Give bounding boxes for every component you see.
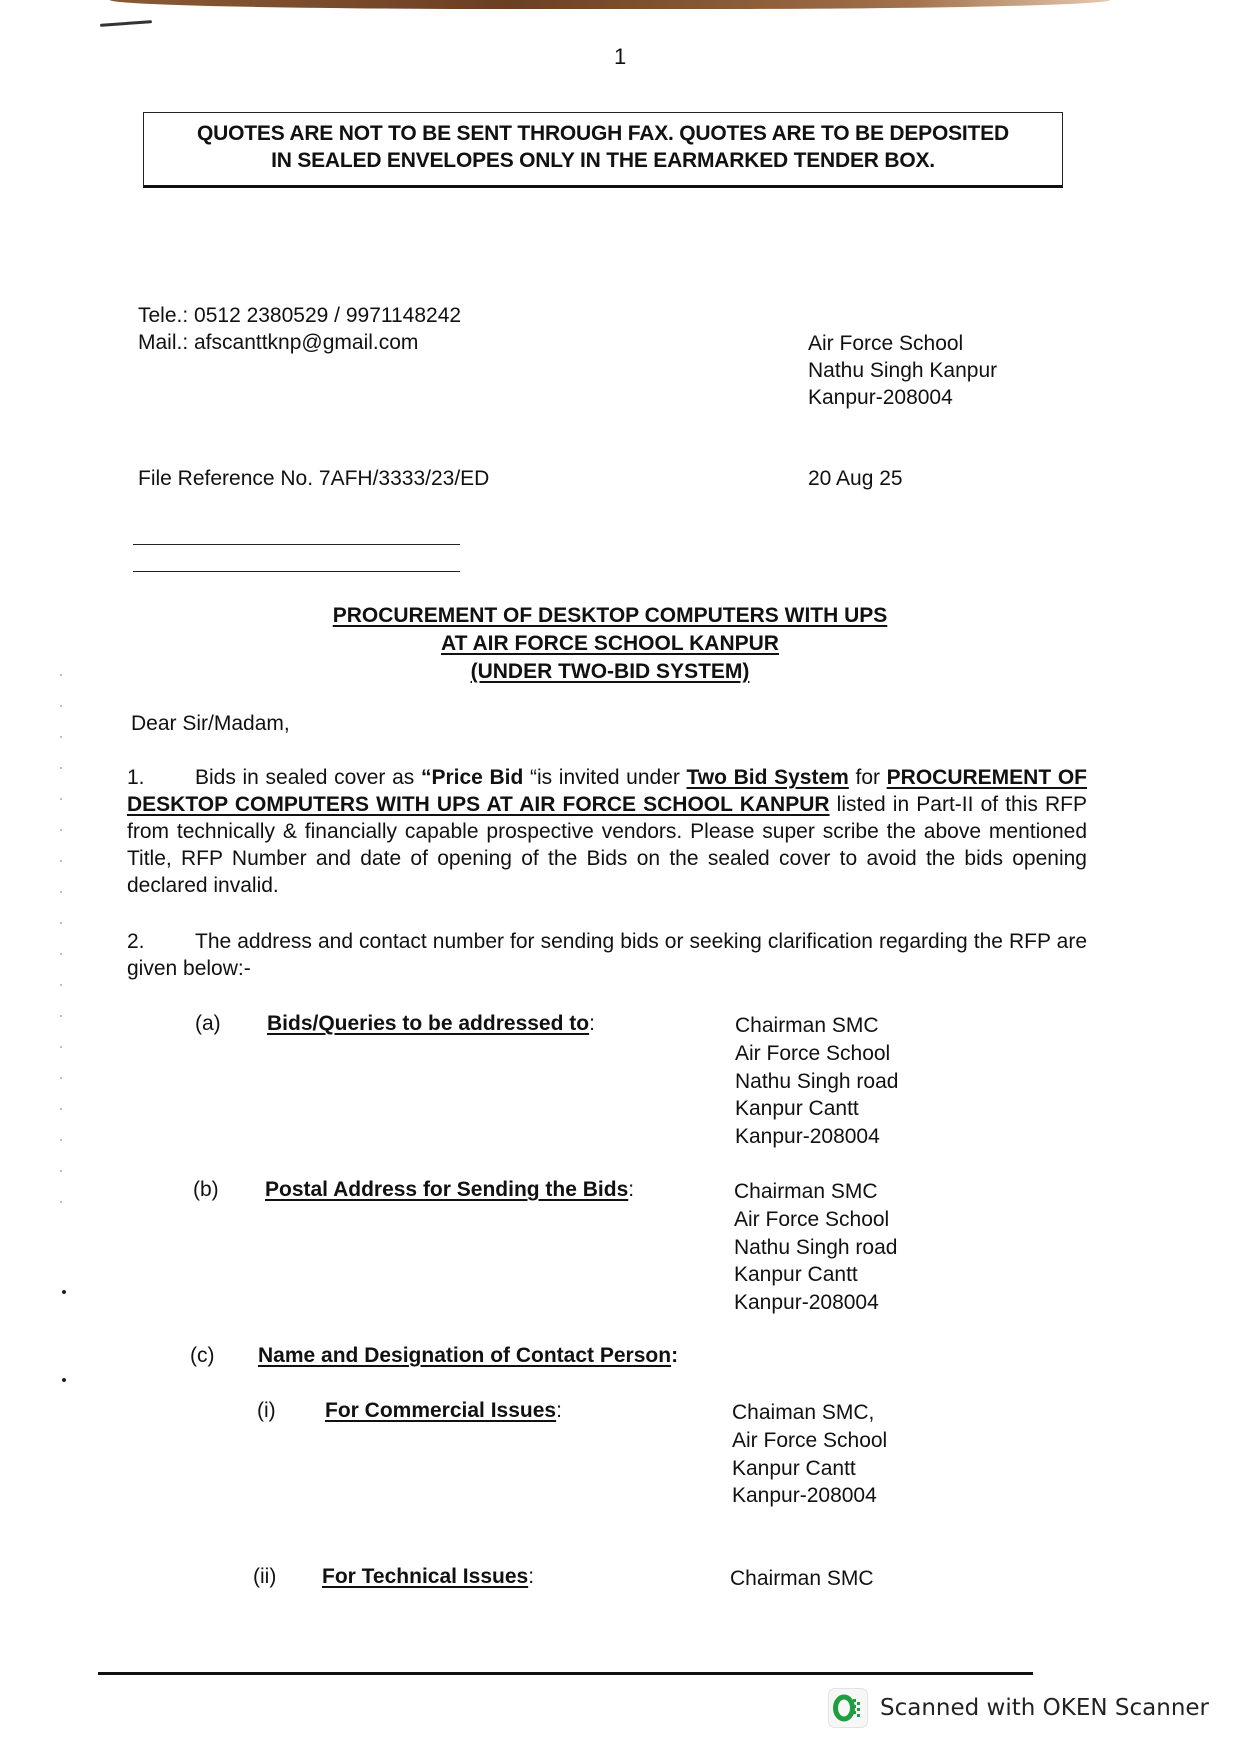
address-line: Air Force School [732, 1427, 887, 1455]
page-number: 1 [614, 44, 626, 70]
telephone: Tele.: 0512 2380529 / 9971148242 [138, 304, 461, 328]
title-line-1: PROCUREMENT OF DESKTOP COMPUTERS WITH UP… [333, 604, 888, 627]
address-commercial: Chaiman SMC, Air Force School Kanpur Can… [732, 1399, 887, 1510]
notice-line-2: IN SEALED ENVELOPES ONLY IN THE EARMARKE… [144, 147, 1062, 174]
scan-margin-specks [60, 660, 62, 1220]
item-marker: (a) [195, 1012, 221, 1036]
title-line-2: AT AIR FORCE SCHOOL KANPUR [441, 632, 779, 655]
scan-speck [62, 1290, 66, 1294]
address-line: Nathu Singh road [734, 1234, 897, 1262]
oken-scanner-logo-icon [828, 1688, 868, 1728]
para1-text: Bids in sealed cover as [195, 766, 421, 789]
subitem-label-commercial: For Commercial Issues: [325, 1399, 562, 1423]
scanner-watermark: Scanned with OKEN Scanner [828, 1688, 1209, 1728]
email: Mail.: afscanttknp@gmail.com [138, 331, 418, 355]
address-line: Nathu Singh road [735, 1068, 898, 1096]
address-technical: Chairman SMC [730, 1565, 874, 1593]
two-bid-system-text: Two Bid System [687, 766, 849, 789]
item-label-postal-address: Postal Address for Sending the Bids: [265, 1178, 634, 1202]
address-line: Air Force School [734, 1206, 897, 1234]
address-line: Chairman SMC [735, 1012, 898, 1040]
item-label-contact-person: Name and Designation of Contact Person: [258, 1344, 678, 1368]
address-line: Chairman SMC [734, 1178, 897, 1206]
address-postal: Chairman SMC Air Force School Nathu Sing… [734, 1178, 897, 1317]
address-line: Kanpur-208004 [735, 1123, 898, 1151]
sender-address: Air Force School Nathu Singh Kanpur Kanp… [808, 330, 997, 411]
price-bid-text: “Price Bid [421, 766, 530, 789]
notice-box: QUOTES ARE NOT TO BE SENT THROUGH FAX. Q… [143, 112, 1063, 188]
address-line: Kanpur Cantt [734, 1261, 897, 1289]
salutation: Dear Sir/Madam, [131, 712, 290, 736]
subitem-marker: (i) [257, 1399, 276, 1423]
sender-address-line: Kanpur-208004 [808, 384, 997, 411]
letter-date: 20 Aug 25 [808, 467, 903, 491]
address-line: Chairman SMC [730, 1565, 874, 1593]
para1-text: “is invited under [530, 766, 687, 789]
scanner-watermark-text: Scanned with OKEN Scanner [880, 1695, 1209, 1721]
item-marker: (c) [190, 1344, 215, 1368]
address-line: Kanpur-208004 [732, 1482, 887, 1510]
page-bottom-edge [98, 1672, 1033, 1675]
para2-text: The address and contact number for sendi… [127, 930, 1087, 980]
sender-address-line: Air Force School [808, 330, 997, 357]
paragraph-number: 1. [127, 764, 195, 791]
address-line: Kanpur-208004 [734, 1289, 897, 1317]
notice-line-1: QUOTES ARE NOT TO BE SENT THROUGH FAX. Q… [144, 120, 1062, 147]
file-reference: File Reference No. 7AFH/3333/23/ED [138, 467, 489, 491]
item-label-bids-queries: Bids/Queries to be addressed to: [267, 1012, 595, 1036]
address-line: Chaiman SMC, [732, 1399, 887, 1427]
paragraph-1: 1.Bids in sealed cover as “Price Bid “is… [127, 764, 1087, 899]
blank-line [133, 544, 460, 545]
pen-mark [100, 20, 152, 27]
sender-address-line: Nathu Singh Kanpur [808, 357, 997, 384]
item-marker: (b) [193, 1178, 219, 1202]
title-line-3: (UNDER TWO-BID SYSTEM) [471, 660, 750, 683]
address-line: Air Force School [735, 1040, 898, 1068]
scan-speck [62, 1378, 66, 1382]
paragraph-number: 2. [127, 928, 195, 955]
scan-edge-stain [110, 0, 1110, 9]
address-line: Kanpur Cantt [732, 1455, 887, 1483]
para1-text: for [849, 766, 887, 789]
paragraph-2: 2.The address and contact number for sen… [127, 928, 1087, 982]
blank-line [133, 571, 460, 572]
subitem-label-technical: For Technical Issues: [322, 1565, 534, 1589]
subitem-marker: (ii) [253, 1565, 276, 1589]
document-title: PROCUREMENT OF DESKTOP COMPUTERS WITH UP… [0, 602, 1220, 686]
address-line: Kanpur Cantt [735, 1095, 898, 1123]
address-bids-queries: Chairman SMC Air Force School Nathu Sing… [735, 1012, 898, 1151]
